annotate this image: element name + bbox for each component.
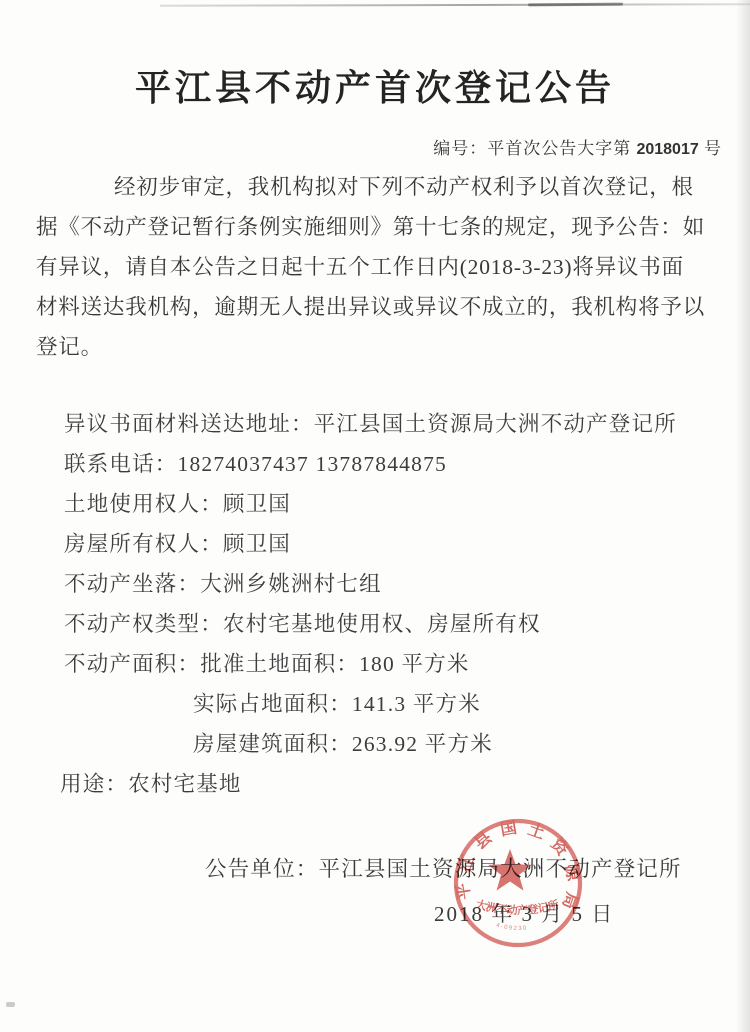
- body-line: 材料送达我机构，逾期无人提出异议或异议不成立的，我机构将予以: [36, 287, 726, 327]
- document-page: 平江县不动产首次登记公告 编号：平首次公告大字第 2018017 号 经初步审定…: [0, 0, 750, 1032]
- body-line: 有异议，请自本公告之日起十五个工作日内(2018-3-23)将异议书面: [36, 247, 726, 287]
- detail-line-address: 异议书面材料送达地址：平江县国土资源局大洲不动产登记所: [64, 404, 734, 444]
- body-line: 经初步审定，我机构拟对下列不动产权利予以首次登记，根: [36, 167, 726, 207]
- doc-number-prefix: 编号：平首次公告大字第: [433, 139, 636, 158]
- detail-line-right-type: 不动产权类型：农村宅基地使用权、房屋所有权: [64, 604, 734, 644]
- svg-text:4·09230: 4·09230: [495, 923, 528, 932]
- detail-line-phone: 联系电话：18274037437 13787844875: [64, 444, 734, 484]
- details-section: 异议书面材料送达地址：平江县国土资源局大洲不动产登记所 联系电话：1827403…: [64, 404, 734, 804]
- detail-line-location: 不动产坐落：大洲乡姚洲村七组: [64, 564, 734, 604]
- body-line: 登记。: [36, 327, 726, 367]
- detail-line-land-user: 土地使用权人：顾卫国: [64, 484, 734, 524]
- detail-line-usage: 用途：农村宅基地: [60, 764, 734, 804]
- seal-star-icon: [488, 849, 532, 891]
- doc-number-value: 2018017: [636, 141, 698, 158]
- body-paragraph: 经初步审定，我机构拟对下列不动产权利予以首次登记，根 据《不动产登记暂行条例实施…: [36, 167, 726, 367]
- svg-text:大洲不动产登记所: 大洲不动产登记所: [474, 897, 560, 917]
- page-title: 平江县不动产首次登记公告: [0, 60, 750, 111]
- seal-code-text: 4·09230: [495, 923, 528, 932]
- detail-line-actual-area: 实际占地面积：141.3 平方米: [193, 684, 734, 724]
- doc-number-suffix: 号: [699, 139, 722, 158]
- seal-name-text: 大洲不动产登记所: [474, 897, 560, 917]
- body-line: 据《不动产登记暂行条例实施细则》第十七条的规定，现予公告：如: [36, 207, 726, 247]
- doc-number: 编号：平首次公告大字第 2018017 号: [433, 134, 722, 159]
- official-seal: 平江县国土资源局 大洲不动产登记所 4·09230: [443, 808, 593, 958]
- scan-artifact-top-line: [160, 3, 750, 7]
- scan-artifact-top-line-dark: [528, 3, 623, 7]
- detail-line-building-area: 房屋建筑面积：263.92 平方米: [193, 724, 734, 764]
- scan-artifact-speck: [6, 1002, 15, 1007]
- detail-line-approved-area: 不动产面积：批准土地面积：180 平方米: [64, 644, 734, 684]
- scan-artifact-right-edge: [736, 0, 750, 1032]
- detail-line-house-owner: 房屋所有权人：顾卫国: [64, 524, 734, 564]
